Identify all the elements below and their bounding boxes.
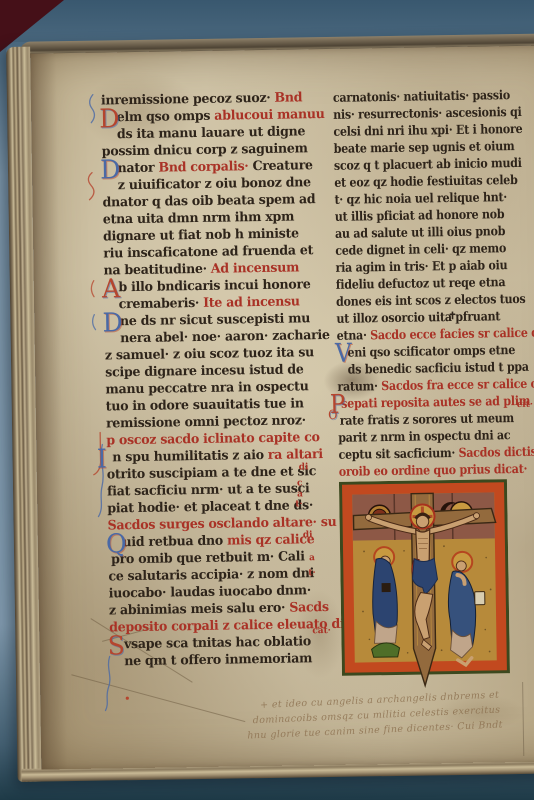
body-text: manu peccatre nra in ospectu [105, 379, 308, 397]
body-text: uid retbua dno [122, 534, 227, 551]
body-text: scipe dignare incesu istud de [105, 362, 304, 380]
cross-mark: ✝ [448, 312, 457, 322]
body-text: remissione omni pectoz nroz· [106, 413, 306, 431]
body-text: scoz q t placuert ab inicio mudi [334, 155, 522, 173]
body-text: ds benedic sacficiu istud t ppa [348, 359, 529, 377]
body-text: eni qso scificator omps etne [347, 342, 515, 360]
margin-mark: t· [308, 569, 315, 578]
body-text: t· qz hic noia uel relique hnt· [334, 189, 507, 207]
margin-mark: a [297, 490, 303, 499]
text-line: ne qm t offero inmemoriam [110, 650, 335, 671]
penwork-flourish [88, 173, 94, 200]
body-text: ria agim in tris· Et p aiab oiu [335, 257, 507, 275]
rubric-text: oroib eo ordine quo prius dicat· [339, 461, 528, 479]
parchment-page: inremissione pecoz suoz· BndDelm qso omp… [30, 45, 534, 769]
body-text: vsape sca tnitas hac oblatio [124, 634, 311, 652]
body-text: ut illis pficiat ad honore nob [335, 206, 505, 224]
red-dot [126, 697, 129, 700]
rubric-text: Ite ad incensu [203, 294, 300, 311]
body-text: fiat sacficiu nrm· ut a te susci [107, 481, 310, 499]
body-text: et eoz qz hodie festiuitas celeb [334, 172, 517, 190]
rubric-text: Bnd [274, 90, 302, 105]
rubric-text: Sacds [289, 600, 329, 616]
body-text: n spu humilitatis z aio [112, 448, 268, 465]
body-text: tuo in odore suauitatis tue in [106, 396, 304, 414]
rubric-text: sepati reposita autes se ad plim di [341, 393, 534, 411]
body-text: au ad salute ut illi oius pnob [335, 223, 505, 241]
text-line: oroib eo ordine quo prius dicat· [339, 460, 517, 480]
margin-mark: di [303, 531, 313, 540]
rubric-text: Sacdos fra ecce sr calice oblata [381, 375, 534, 393]
body-text: pro omib que retbuit m· Cali [111, 549, 305, 567]
column-right: carnatonis· natiuitatis· passionis· resu… [333, 86, 534, 480]
body-text: celsi dni nri ihu xpi· Et i honore [333, 121, 522, 139]
margin-mark: a [309, 554, 315, 563]
penwork-flourish [90, 95, 95, 123]
body-text: dones eis int scos z electos tuos [336, 291, 526, 309]
margin-mark: di [299, 463, 309, 472]
body-text: cede dignet in celi· qz memo [335, 240, 506, 258]
body-text: inremissione pecoz suoz· [101, 91, 275, 109]
body-text: fideliu defuctoz ut reqe etna [336, 274, 506, 292]
body-text: Creature [252, 158, 312, 174]
penwork-flourish [91, 281, 94, 297]
column-left: inremissione pecoz suoz· BndDelm qso omp… [101, 89, 342, 671]
body-text: ceptu sit sacficium· [338, 445, 458, 462]
illuminated-initial: O [328, 409, 337, 422]
body-text: iuocabo· laudas iuocabo dnm· [109, 583, 311, 601]
crucifixion-miniature [339, 479, 510, 690]
rubric-text: ra altari [268, 447, 323, 463]
rubric-text: Sacdos dictis [458, 444, 534, 460]
body-text: ne qm t offero inmemoriam [124, 651, 312, 669]
penwork-flourish [93, 315, 96, 330]
body-text: nator [117, 161, 158, 177]
rubric-text: Ad incensum [211, 260, 299, 276]
margin-mark: cat· [312, 627, 331, 636]
body-text: ds ita manu lauare ut digne [117, 124, 305, 142]
margin-mark: c [297, 479, 303, 488]
body-text: ne ds nr sicut suscepisti mu [120, 311, 310, 329]
body-text: nis· resurrectonis· ascesionis qi [333, 104, 522, 122]
body-text: ut illoz osorcio uita pfruant [336, 308, 500, 326]
body-text: z abinimias meis salu ero· [109, 601, 290, 619]
margin-note: + et ideo cu angelis a archangelis dnbre… [246, 685, 534, 743]
body-text: b illo bndicaris incui honore [118, 277, 310, 295]
margin-mark: t· [295, 500, 302, 509]
body-text: elm qso omps [117, 109, 215, 126]
book: inremissione pecoz suoz· BndDelm qso omp… [6, 33, 534, 782]
body-text: rate fratis z sorores ut meum [340, 410, 514, 428]
illuminated-initial: I [97, 446, 107, 472]
manuscript-photo: { "meta": { "description": "Photograph o… [0, 0, 534, 800]
rubric-text: mis qz calice [227, 532, 315, 548]
rubric-text: ablucoui manuu [214, 107, 325, 124]
body-text: z uiuificator z oiu bonoz dne [118, 175, 311, 193]
body-text: carnatonis· natiuitatis· passio [333, 87, 510, 105]
body-text: parit z nrm in ospectu dni ac [338, 427, 510, 445]
rubric-text: Sacdo ecce facies sr calice dicat· [370, 324, 534, 342]
margin-mark: cit· [517, 401, 533, 410]
body-text: etna uita dmn nrm ihm xpm [103, 209, 294, 227]
rubric-text: Bnd corpalis· [158, 159, 252, 175]
body-text: dignare ut fiat nob h ministe [103, 226, 299, 244]
body-text: cremaberis· [119, 296, 204, 312]
body-text: beate marie sep ugnis et oium [334, 138, 515, 156]
